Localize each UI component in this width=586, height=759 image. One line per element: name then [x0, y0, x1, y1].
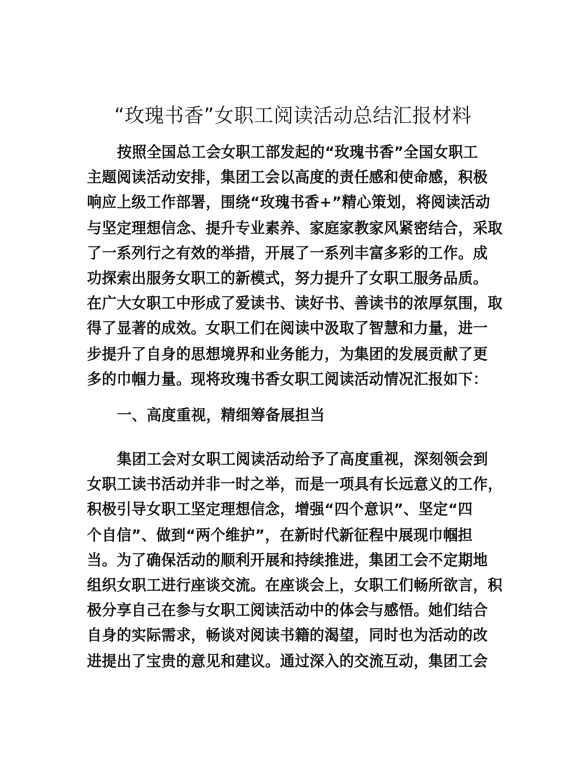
paragraph-section1: 集团工会对女职工阅读活动给予了高度重视，深刻领会到 女职工读书活动并非一时之举，… — [87, 447, 499, 674]
paragraph-line: 女职工读书活动并非一时之举，而是一项具有长远意义的工作， — [87, 472, 499, 497]
paragraph-line: 进提出了宝贵的意见和建议。通过深入的交流互动，集团工会 — [87, 649, 499, 674]
paragraph-line: 极分享自己在参与女职工阅读活动中的体会与感悟。她们结合 — [87, 598, 499, 623]
paragraph-line: 集团工会对女职工阅读活动给予了高度重视，深刻领会到 — [87, 447, 499, 472]
paragraph-intro: 按照全国总工会女职工部发起的“玫瑰书香”全国女职工 主题阅读活动安排，集团工会以… — [87, 140, 499, 392]
paragraph-line: 按照全国总工会女职工部发起的“玫瑰书香”全国女职工 — [87, 140, 499, 165]
paragraph-line: 响应上级工作部署，围绕“玫瑰书香+”精心策划，将阅读活动 — [87, 190, 499, 215]
paragraph-line: 组织女职工进行座谈交流。在座谈会上，女职工们畅所欲言，积 — [87, 573, 499, 598]
section-heading: 一、高度重视，精细筹备展担当 — [117, 403, 325, 428]
paragraph-line: 与坚定理想信念、提升专业素养、家庭家教家风紧密结合，采取 — [87, 216, 499, 241]
paragraph-line: 积极引导女职工坚定理想信念，增强“四个意识”、坚定“四 — [87, 497, 499, 522]
paragraph-line: 多的巾帼力量。现将玫瑰书香女职工阅读活动情况汇报如下： — [87, 367, 499, 392]
paragraph-line: 了一系列行之有效的举措，开展了一系列丰富多彩的工作。成 — [87, 241, 499, 266]
document-page: “玫瑰书香”女职工阅读活动总结汇报材料 按照全国总工会女职工部发起的“玫瑰书香”… — [0, 0, 586, 759]
document-title: “玫瑰书香”女职工阅读活动总结汇报材料 — [0, 103, 586, 129]
paragraph-line: 在广大女职工中形成了爱读书、读好书、善读书的浓厚氛围，取 — [87, 291, 499, 316]
paragraph-line: 个自信”、做到“两个维护”，在新时代新征程中展现巾帼担 — [87, 523, 499, 548]
paragraph-line: 当。为了确保活动的顺利开展和持续推进，集团工会不定期地 — [87, 548, 499, 573]
paragraph-line: 功探索出服务女职工的新模式，努力提升了女职工服务品质。 — [87, 266, 499, 291]
paragraph-line: 主题阅读活动安排，集团工会以高度的责任感和使命感，积极 — [87, 165, 499, 190]
paragraph-line: 自身的实际需求，畅谈对阅读书籍的渴望，同时也为活动的改 — [87, 623, 499, 648]
paragraph-line: 得了显著的成效。女职工们在阅读中汲取了智慧和力量，进一 — [87, 316, 499, 341]
paragraph-line: 步提升了自身的思想境界和业务能力，为集团的发展贡献了更 — [87, 342, 499, 367]
